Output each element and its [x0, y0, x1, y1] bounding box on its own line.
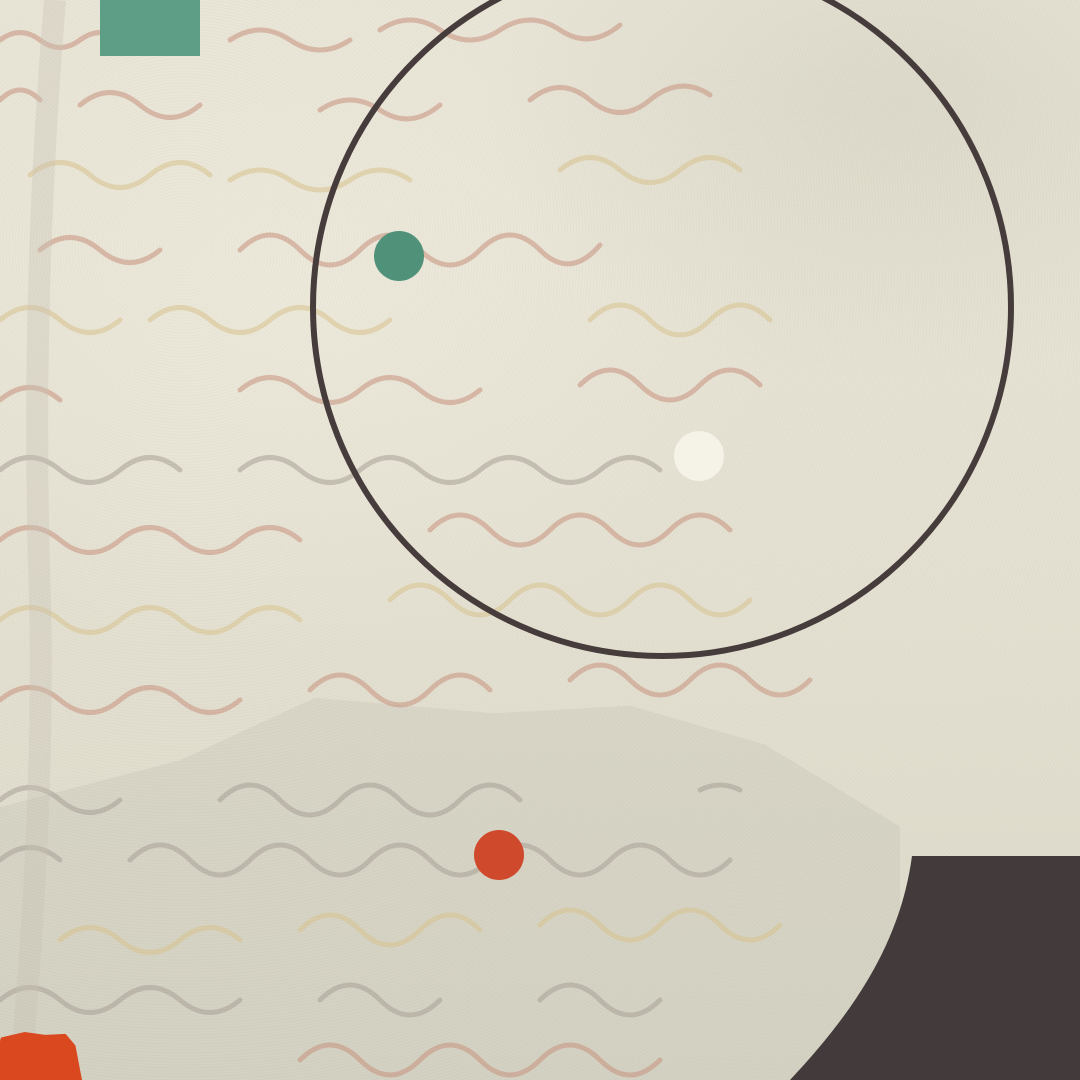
teal-dot	[374, 231, 424, 281]
cream-dot	[674, 431, 724, 481]
teal-rectangle	[100, 0, 200, 56]
orange-blob	[0, 1032, 82, 1080]
red-dot	[474, 830, 524, 880]
artwork-canvas	[0, 0, 1080, 1080]
